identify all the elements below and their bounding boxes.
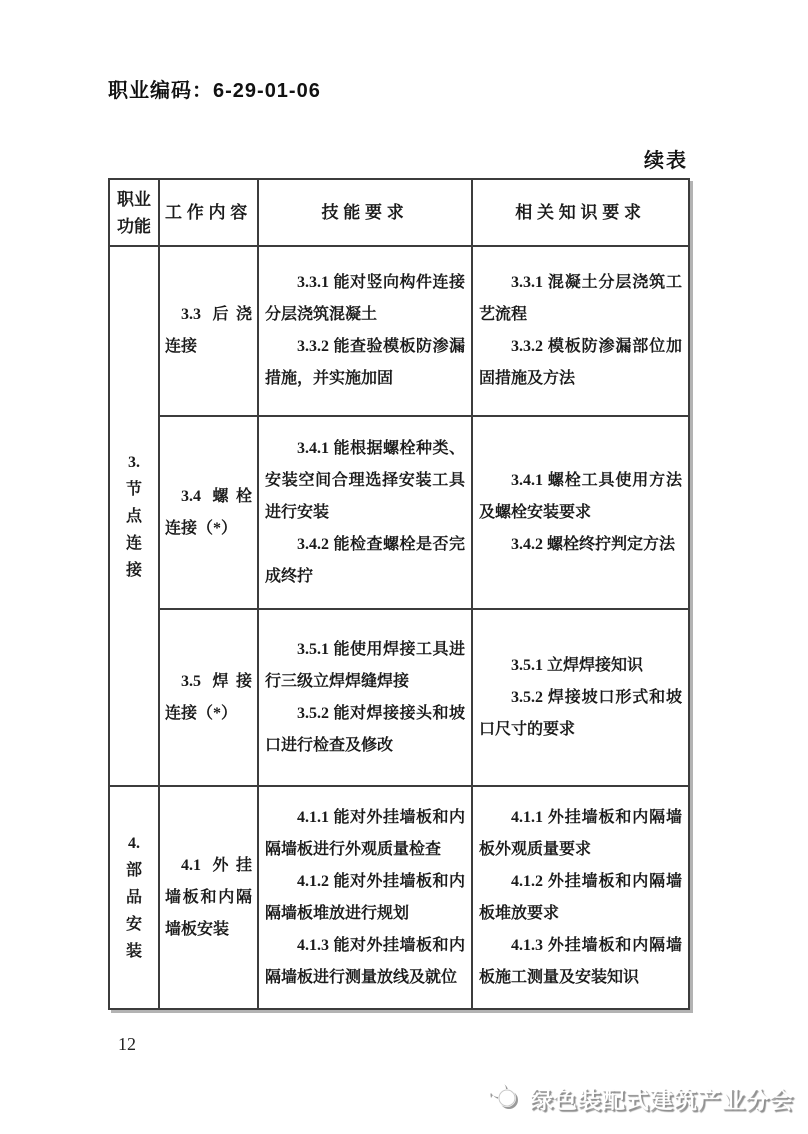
skill-requirement-item: 3.4.1 能根据螺栓种类、安装空间合理选择安装工具进行安装 bbox=[265, 433, 465, 529]
header-work-content: 工作内容 bbox=[159, 179, 258, 246]
table-header-row: 职业功能 工作内容 技能要求 相关知识要求 bbox=[109, 179, 689, 246]
work-content-text: 3.5 焊接连接（*） bbox=[165, 666, 252, 730]
occupational-function-cell: 3.节点连接 bbox=[109, 246, 159, 786]
table-row: 3.4 螺栓连接（*）3.4.1 能根据螺栓种类、安装空间合理选择安装工具进行安… bbox=[109, 416, 689, 609]
skill-requirement-cell: 3.5.1 能使用焊接工具进行三级立焊焊缝焊接3.5.2 能对焊接接头和坡口进行… bbox=[258, 609, 472, 786]
skill-requirement-item: 3.5.1 能使用焊接工具进行三级立焊焊缝焊接 bbox=[265, 634, 465, 698]
skill-requirement-item: 4.1.3 能对外挂墙板和内隔墙板进行测量放线及就位 bbox=[265, 930, 465, 994]
knowledge-requirement-item: 4.1.3 外挂墙板和内隔墙板施工测量及安装知识 bbox=[479, 930, 682, 994]
document-page: 职业编码：6-29-01-06 续表 职业功能 工作内容 技能要求 相关知识要求… bbox=[0, 0, 808, 1134]
function-line: 部 bbox=[110, 857, 158, 884]
table-row: 4.部品安装4.1 外挂墙板和内隔墙板安装4.1.1 能对外挂墙板和内隔墙板进行… bbox=[109, 786, 689, 1009]
function-line: 连 bbox=[110, 530, 158, 557]
function-line: 安 bbox=[110, 911, 158, 938]
occupational-standard-table: 职业功能 工作内容 技能要求 相关知识要求 3.节点连接3.3 后浇连接3.3.… bbox=[108, 178, 690, 1010]
work-content-text: 3.4 螺栓连接（*） bbox=[165, 481, 252, 545]
header-occupational-function: 职业功能 bbox=[109, 179, 159, 246]
work-content-cell: 3.4 螺栓连接（*） bbox=[159, 416, 258, 609]
header-related-knowledge-requirements: 相关知识要求 bbox=[472, 179, 689, 246]
knowledge-requirement-item: 3.4.1 螺栓工具使用方法及螺栓安装要求 bbox=[479, 465, 682, 529]
association-logo-icon bbox=[487, 1080, 523, 1117]
association-watermark-text: 绿色装配式建筑产业分会 bbox=[530, 1082, 794, 1115]
function-line: 接 bbox=[110, 557, 158, 584]
work-content-cell: 4.1 外挂墙板和内隔墙板安装 bbox=[159, 786, 258, 1009]
skill-requirement-item: 3.5.2 能对焊接接头和坡口进行检查及修改 bbox=[265, 698, 465, 762]
work-content-text: 3.3 后浇连接 bbox=[165, 299, 252, 363]
skill-requirement-item: 3.4.2 能检查螺栓是否完成终拧 bbox=[265, 529, 465, 593]
knowledge-requirement-item: 3.3.2 模板防渗漏部位加固措施及方法 bbox=[479, 331, 682, 395]
table-row: 3.5 焊接连接（*）3.5.1 能使用焊接工具进行三级立焊焊缝焊接3.5.2 … bbox=[109, 609, 689, 786]
header-skill-requirements: 技能要求 bbox=[258, 179, 472, 246]
knowledge-requirement-item: 3.5.1 立焊焊接知识 bbox=[479, 650, 682, 682]
knowledge-requirement-cell: 4.1.1 外挂墙板和内隔墙板外观质量要求4.1.2 外挂墙板和内隔墙板堆放要求… bbox=[472, 786, 689, 1009]
skill-requirement-cell: 3.4.1 能根据螺栓种类、安装空间合理选择安装工具进行安装3.4.2 能检查螺… bbox=[258, 416, 472, 609]
knowledge-requirement-item: 4.1.2 外挂墙板和内隔墙板堆放要求 bbox=[479, 866, 682, 930]
work-content-cell: 3.3 后浇连接 bbox=[159, 246, 258, 416]
work-content-cell: 3.5 焊接连接（*） bbox=[159, 609, 258, 786]
association-watermark: 绿色装配式建筑产业分会 bbox=[487, 1080, 794, 1117]
knowledge-requirement-item: 3.5.2 焊接坡口形式和坡口尺寸的要求 bbox=[479, 682, 682, 746]
skill-requirement-item: 4.1.1 能对外挂墙板和内隔墙板进行外观质量检查 bbox=[265, 802, 465, 866]
skill-requirement-cell: 4.1.1 能对外挂墙板和内隔墙板进行外观质量检查4.1.2 能对外挂墙板和内隔… bbox=[258, 786, 472, 1009]
skill-requirement-item: 4.1.2 能对外挂墙板和内隔墙板堆放进行规划 bbox=[265, 866, 465, 930]
knowledge-requirement-cell: 3.4.1 螺栓工具使用方法及螺栓安装要求3.4.2 螺栓终拧判定方法 bbox=[472, 416, 689, 609]
function-line: 3. bbox=[110, 449, 158, 476]
function-line: 节 bbox=[110, 476, 158, 503]
work-content-text: 4.1 外挂墙板和内隔墙板安装 bbox=[165, 850, 252, 946]
skill-requirement-item: 3.3.1 能对竖向构件连接分层浇筑混凝土 bbox=[265, 267, 465, 331]
function-line: 装 bbox=[110, 938, 158, 965]
continued-table-label: 续表 bbox=[108, 144, 688, 173]
page-number: 12 bbox=[118, 1034, 136, 1055]
function-line: 4. bbox=[110, 830, 158, 857]
knowledge-requirement-item: 3.4.2 螺栓终拧判定方法 bbox=[479, 529, 682, 561]
skill-requirement-cell: 3.3.1 能对竖向构件连接分层浇筑混凝土3.3.2 能查验模板防渗漏措施，并实… bbox=[258, 246, 472, 416]
knowledge-requirement-item: 3.3.1 混凝土分层浇筑工艺流程 bbox=[479, 267, 682, 331]
function-line: 点 bbox=[110, 503, 158, 530]
function-line: 品 bbox=[110, 884, 158, 911]
table-body: 3.节点连接3.3 后浇连接3.3.1 能对竖向构件连接分层浇筑混凝土3.3.2… bbox=[109, 246, 689, 1009]
table-row: 3.节点连接3.3 后浇连接3.3.1 能对竖向构件连接分层浇筑混凝土3.3.2… bbox=[109, 246, 689, 416]
knowledge-requirement-cell: 3.5.1 立焊焊接知识3.5.2 焊接坡口形式和坡口尺寸的要求 bbox=[472, 609, 689, 786]
occupational-function-cell: 4.部品安装 bbox=[109, 786, 159, 1009]
skill-requirement-item: 3.3.2 能查验模板防渗漏措施，并实施加固 bbox=[265, 331, 465, 395]
knowledge-requirement-cell: 3.3.1 混凝土分层浇筑工艺流程3.3.2 模板防渗漏部位加固措施及方法 bbox=[472, 246, 689, 416]
occupation-code-label: 职业编码：6-29-01-06 bbox=[108, 74, 321, 103]
knowledge-requirement-item: 4.1.1 外挂墙板和内隔墙板外观质量要求 bbox=[479, 802, 682, 866]
